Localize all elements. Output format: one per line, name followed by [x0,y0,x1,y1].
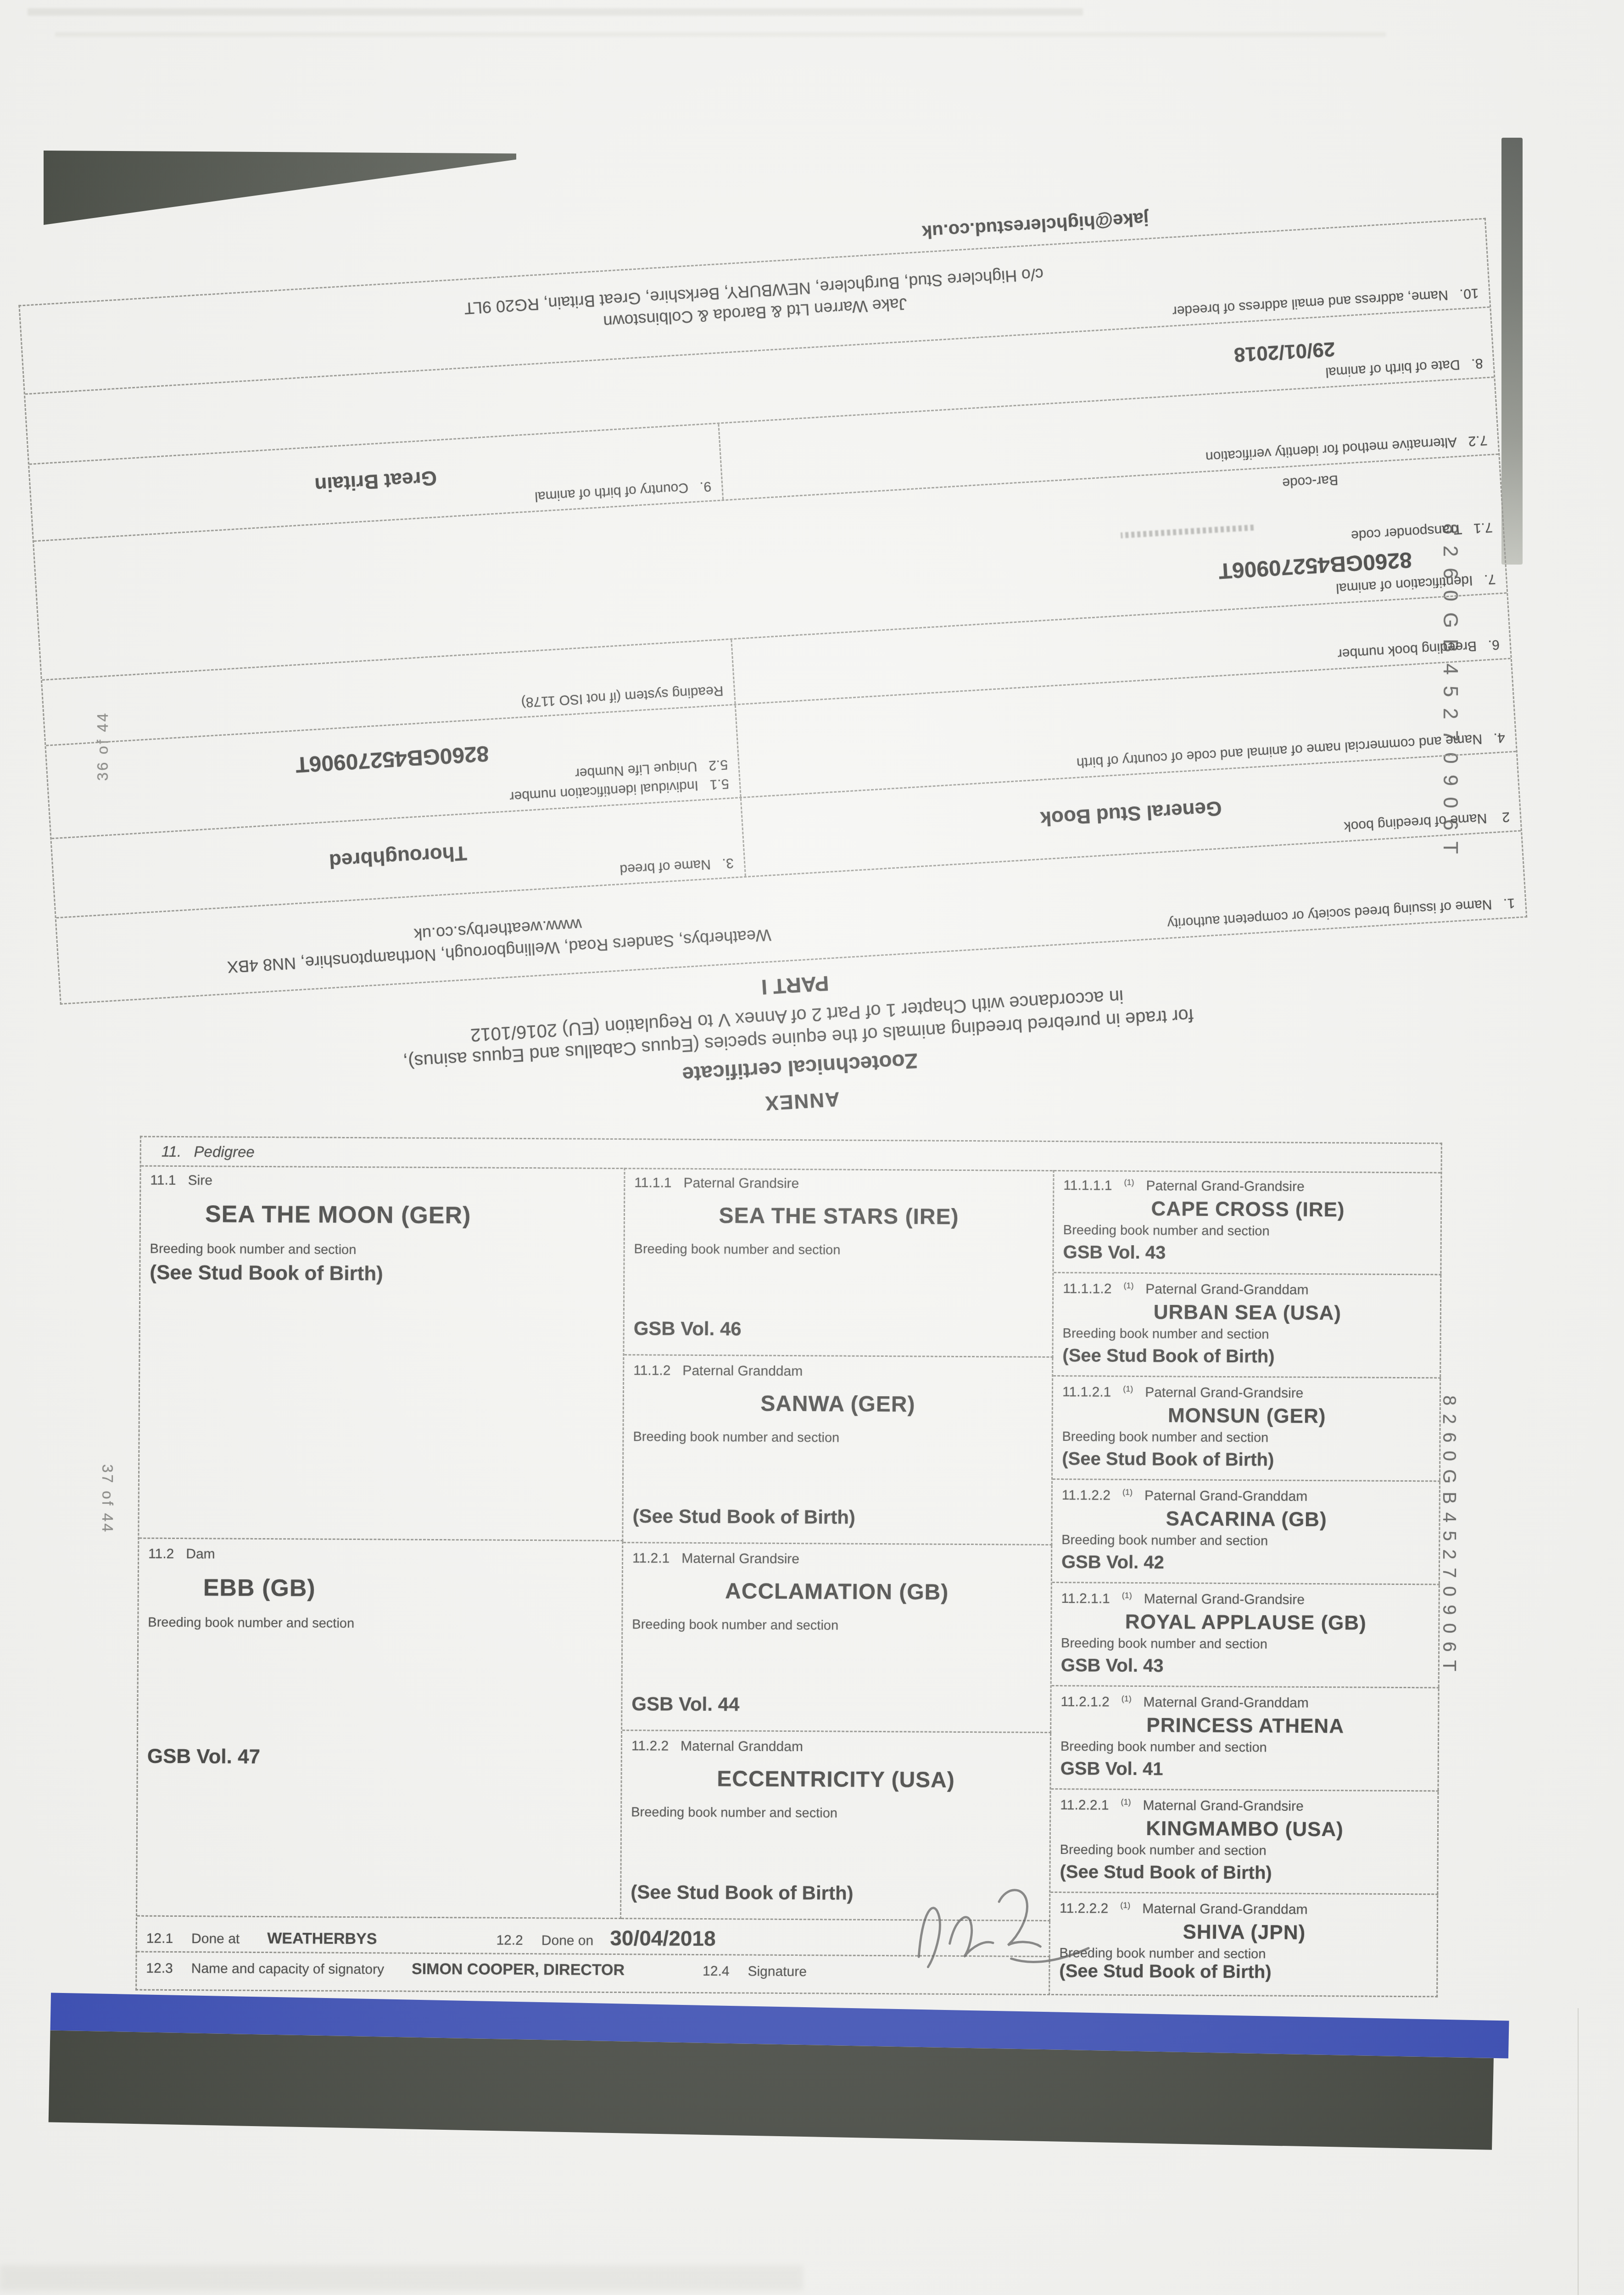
gp2-num: 11.1.2 [633,1363,670,1378]
ggp7-book-value: (See Stud Book of Birth) [1060,1862,1429,1884]
ggp3-cell: 11.1.2.1(1)Paternal Grand-Grandsire MONS… [1053,1377,1441,1482]
ggp6-name: PRINCESS ATHENA [1060,1713,1430,1738]
ggp4-num: 11.1.2.2 [1062,1488,1111,1503]
done-at-num: 12.1 [146,1931,173,1947]
ggp2-cell: 11.1.1.2(1)Paternal Grand-Granddam URBAN… [1053,1273,1441,1378]
gp3-book-value: GSB Vol. 44 [631,1693,1041,1717]
ggp6-cell: 11.2.1.2(1)Maternal Grand-Granddam PRINC… [1051,1686,1439,1791]
sire-role: Sire [188,1173,212,1188]
signature-handwriting [884,1857,1098,2000]
ggp7-label: 11.2.2.1(1)Maternal Grand-Grandsire [1060,1797,1429,1815]
ggp5-cell: 11.2.1.1(1)Maternal Grand-Grandsire ROYA… [1052,1583,1440,1688]
ggp4-footnote: (1) [1122,1488,1133,1497]
paternal-granddam-cell: 11.1.2Paternal Granddam SANWA (GER) Bree… [623,1355,1053,1545]
gp1-name: SEA THE STARS (IRE) [634,1203,1044,1230]
ggp3-label: 11.1.2.1(1)Paternal Grand-Grandsire [1062,1384,1432,1402]
dam-name: EBB (GB) [203,1574,613,1604]
signature-num: 12.4 [703,1964,730,1979]
gp3-label: 11.2.1Maternal Grandsire [632,1551,1042,1568]
gp4-role: Maternal Granddam [681,1739,803,1754]
gp1-role: Paternal Grandsire [683,1175,799,1191]
ggp8-name: SHIVA (JPN) [1060,1920,1429,1945]
done-on-num: 12.2 [496,1933,523,1948]
ggp8-role: Maternal Grand-Granddam [1142,1901,1307,1917]
paternal-grandsire-cell: 11.1.1Paternal Grandsire SEA THE STARS (… [624,1168,1054,1358]
ggp7-num: 11.2.2.1 [1060,1797,1109,1813]
scan-streak-top [28,8,1083,16]
ggp8-label: 11.2.2.2(1)Maternal Grand-Granddam [1060,1900,1429,1918]
ggp6-footnote: (1) [1122,1694,1132,1703]
ggp5-name: ROYAL APPLAUSE (GB) [1061,1610,1430,1635]
dam-num: 11.2 [148,1546,174,1562]
margin-code-bottom: 8260GB45270906T [1439,1395,1459,1679]
signatory-value: SIMON COOPER, DIRECTOR [412,1960,625,1979]
gp3-book-label: Breeding book number and section [632,1617,1041,1634]
scan-band-group [49,1993,1509,2154]
ggp5-num: 11.2.1.1 [1061,1591,1110,1606]
ggp2-book-label: Breeding book number and section [1063,1326,1432,1343]
maternal-grandsire-cell: 11.2.1Maternal Grandsire ACCLAMATION (GB… [622,1543,1052,1733]
ggp1-name: CAPE CROSS (IRE) [1063,1197,1433,1222]
gp4-name: ECCENTRICITY (USA) [631,1766,1040,1793]
ggp1-book-label: Breeding book number and section [1063,1223,1433,1240]
gp2-book-label: Breeding book number and section [633,1429,1042,1447]
sire-num: 11.1 [150,1173,176,1188]
scan-shadow-wedge [44,151,516,225]
gp4-label: 11.2.2Maternal Granddam [631,1738,1041,1756]
ggp4-cell: 11.1.2.2(1)Paternal Grand-Granddam SACAR… [1052,1480,1440,1585]
dam-book-value: GSB Vol. 47 [147,1745,612,1770]
ggp6-book-label: Breeding book number and section [1060,1739,1430,1756]
ggp1-role: Paternal Grand-Grandsire [1146,1178,1304,1194]
ggp3-footnote: (1) [1123,1384,1133,1394]
signatory-label: Name and capacity of signatory [191,1961,384,1977]
ggp4-book-value: GSB Vol. 42 [1061,1552,1431,1574]
scan-streak-top-2 [55,32,1386,37]
scan-vertical-line [1578,2008,1579,2295]
ggp6-role: Maternal Grand-Granddam [1144,1695,1309,1711]
gp1-label: 11.1.1Paternal Grandsire [634,1175,1044,1193]
gp4-num: 11.2.2 [631,1738,669,1753]
ggp3-role: Paternal Grand-Grandsire [1145,1385,1303,1401]
ggp3-book-value: (See Stud Book of Birth) [1062,1449,1431,1471]
ggp4-role: Paternal Grand-Granddam [1144,1488,1307,1504]
ggp7-cell: 11.2.2.1(1)Maternal Grand-Grandsire KING… [1050,1790,1439,1895]
sire-book-label: Breeding book number and section [150,1242,614,1259]
ggp6-num: 11.2.1.2 [1060,1694,1109,1710]
ggp4-name: SACARINA (GB) [1061,1507,1431,1532]
ggp2-role: Paternal Grand-Granddam [1145,1282,1308,1298]
ggp5-footnote: (1) [1122,1591,1132,1600]
ggp8-book-value: (See Stud Book of Birth) [1059,1961,1429,1983]
ggp7-name: KINGMAMBO (USA) [1060,1817,1429,1842]
gp2-name: SANWA (GER) [633,1390,1043,1418]
gp1-num: 11.1.1 [634,1175,671,1190]
dam-role: Dam [186,1546,215,1562]
done-on-value: 30/04/2018 [610,1926,716,1951]
dam-book-label: Breeding book number and section [148,1615,612,1633]
sire-name: SEA THE MOON (GER) [205,1200,614,1230]
done-on-label: Done on [541,1933,594,1949]
part1-table: 1. Name of issuing breed society or comp… [18,218,1527,1005]
gp3-num: 11.2.1 [632,1551,670,1566]
sire-label: 11.1Sire [150,1173,614,1191]
ggp3-name: MONSUN (GER) [1062,1404,1432,1428]
sire-cell: 11.1Sire SEA THE MOON (GER) Breeding boo… [139,1165,625,1542]
ggp6-label: 11.2.1.2(1)Maternal Grand-Granddam [1060,1694,1430,1712]
ggp5-book-value: GSB Vol. 43 [1061,1655,1430,1678]
ggp8-cell: 11.2.2.2(1)Maternal Grand-Granddam SHIVA… [1050,1893,1438,1997]
ggp8-book-label: Breeding book number and section [1060,1946,1429,1963]
page-number-bottom-half: 37 of 44 [99,1464,116,1534]
pedigree-table: 11. Pedigree 11.1Sire SEA THE MOON (GER)… [135,1136,1442,1998]
ggp7-book-label: Breeding book number and section [1060,1842,1429,1859]
ggp1-cell: 11.1.1.1(1)Paternal Grand-Grandsire CAPE… [1054,1170,1442,1275]
ggp1-label: 11.1.1.1(1)Paternal Grand-Grandsire [1063,1177,1433,1195]
gp2-label: 11.1.2Paternal Granddam [633,1363,1043,1381]
ggp1-num: 11.1.1.1 [1063,1178,1112,1193]
ggp5-role: Maternal Grand-Grandsire [1144,1591,1305,1607]
signature-label: Signature [748,1964,807,1980]
ggp1-book-value: GSB Vol. 43 [1063,1242,1432,1265]
gp1-book-value: GSB Vol. 46 [634,1317,1043,1342]
scan-blotch-bottom [0,2265,803,2290]
gp4-book-label: Breeding book number and section [631,1805,1040,1822]
ggp4-book-label: Breeding book number and section [1061,1533,1431,1550]
ggp4-label: 11.1.2.2(1)Paternal Grand-Granddam [1062,1487,1431,1505]
gp2-role: Paternal Granddam [682,1363,803,1379]
gp3-role: Maternal Grandsire [681,1551,799,1567]
gp2-book-value: (See Stud Book of Birth) [632,1505,1042,1529]
ggp2-book-value: (See Stud Book of Birth) [1062,1345,1432,1368]
ggp5-label: 11.2.1.1(1)Maternal Grand-Grandsire [1061,1590,1431,1608]
ggp3-num: 11.1.2.1 [1062,1384,1111,1400]
ggp5-book-label: Breeding book number and section [1061,1636,1430,1653]
ggp3-book-label: Breeding book number and section [1062,1429,1431,1446]
ggp2-name: URBAN SEA (USA) [1063,1300,1432,1325]
ggp1-footnote: (1) [1124,1178,1134,1187]
ggp8-footnote: (1) [1120,1901,1130,1910]
gp1-book-label: Breeding book number and section [634,1242,1044,1259]
gp3-name: ACCLAMATION (GB) [632,1578,1042,1606]
scanned-certificate-page: 36 of 44 37 of 44 8260GB45270906T 8260GB… [0,0,1624,2295]
sire-book-value: (See Stud Book of Birth) [150,1261,614,1287]
dam-cell: 11.2Dam EBB (GB) Breeding book number an… [137,1539,623,1920]
ggp2-footnote: (1) [1123,1281,1133,1290]
ggp7-footnote: (1) [1121,1797,1131,1807]
done-at-value: WEATHERBYS [267,1930,377,1948]
dam-label: 11.2Dam [148,1546,613,1564]
done-at-label: Done at [191,1931,240,1947]
ggp2-num: 11.1.1.2 [1063,1281,1111,1297]
ggp2-label: 11.1.1.2(1)Paternal Grand-Granddam [1063,1281,1432,1299]
signatory-num: 12.3 [146,1961,173,1976]
part1-certificate: ANNEX Zootechnical certificate for trade… [14,193,1539,1156]
ggp6-book-value: GSB Vol. 41 [1060,1758,1430,1781]
ggp7-role: Maternal Grand-Grandsire [1143,1798,1303,1814]
